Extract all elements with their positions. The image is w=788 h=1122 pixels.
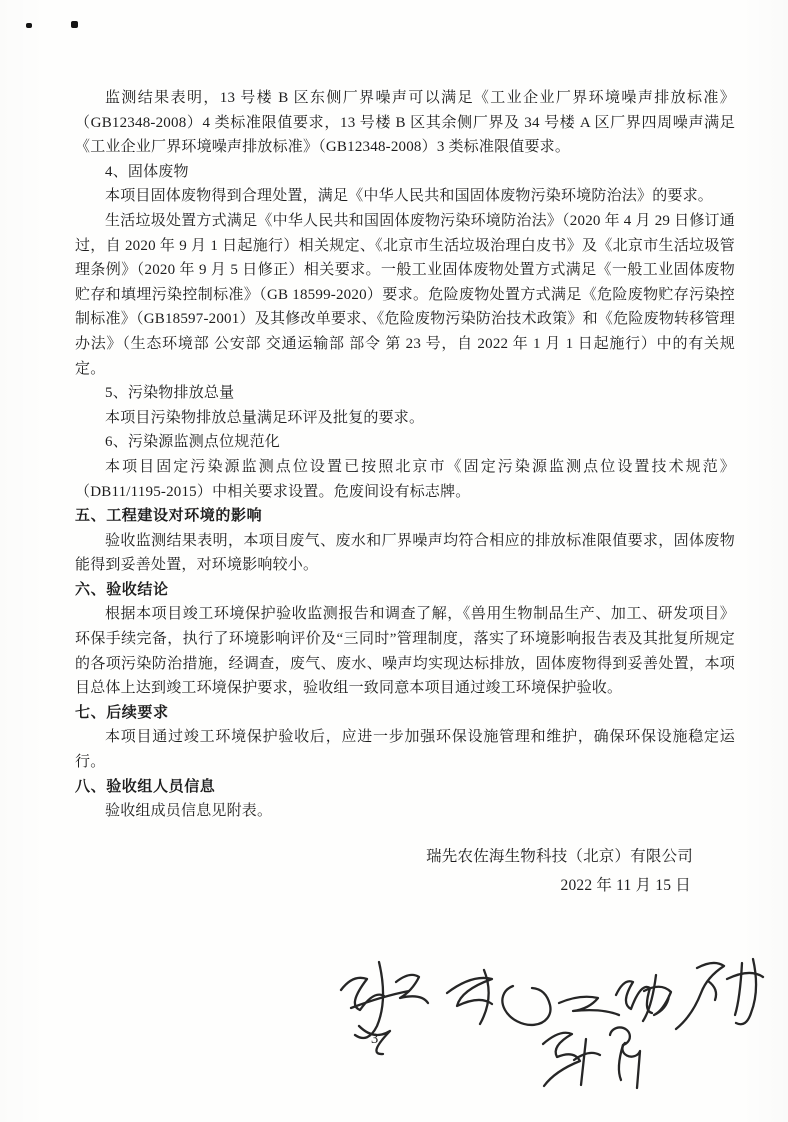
section-heading-environment-impact: 五、工程建设对环境的影响 xyxy=(75,504,735,529)
handwritten-signatures xyxy=(323,946,773,1096)
paragraph-solid-waste-summary: 本项目固体废物得到合理处置，满足《中华人民共和国固体废物污染环境防治法》的要求。 xyxy=(75,184,735,209)
paragraph-monitoring-points: 本项目固定污染源监测点位设置已按照北京市《固定污染源监测点位设置技术规范》（DB… xyxy=(75,455,735,504)
handwritten-signature-4 xyxy=(676,959,763,1029)
scanned-document-page: 监测结果表明，13 号楼 B 区东侧厂界噪声可以满足《工业企业厂界环境噪声排放标… xyxy=(0,0,788,1122)
section-heading-acceptance-conclusion: 六、验收结论 xyxy=(75,578,735,603)
section-heading-followup-requirements: 七、后续要求 xyxy=(75,701,735,726)
paragraph-pollutant-total: 本项目污染物排放总量满足环评及批复的要求。 xyxy=(75,406,735,431)
scan-artifact-dot xyxy=(71,21,78,28)
handwritten-signature-2 xyxy=(447,970,619,1025)
scan-artifact-dot xyxy=(26,23,32,28)
paragraph-waste-regulations: 生活垃圾处置方式满足《中华人民共和国固体废物污染环境防治法》（2020 年 4 … xyxy=(75,209,735,381)
sub-heading-monitoring-points: 6、污染源监测点位规范化 xyxy=(75,430,735,455)
page-number: 3 xyxy=(371,1031,378,1048)
signoff-date: 2022 年 11 月 15 日 xyxy=(75,871,693,900)
handwritten-signature-5 xyxy=(543,1027,640,1088)
signoff-company-name: 瑞先农佐海生物科技（北京）有限公司 xyxy=(75,842,693,871)
sub-heading-pollutant-total: 5、污染物排放总量 xyxy=(75,381,735,406)
paragraph-noise-result: 监测结果表明，13 号楼 B 区东侧厂界噪声可以满足《工业企业厂界环境噪声排放标… xyxy=(75,86,735,160)
paragraph-acceptance-conclusion: 根据本项目竣工环境保护验收监测报告和调查了解，《兽用生物制品生产、加工、研发项目… xyxy=(75,602,735,700)
paragraph-acceptance-team: 验收组成员信息见附表。 xyxy=(75,799,735,824)
signoff-block: 瑞先农佐海生物科技（北京）有限公司 2022 年 11 月 15 日 xyxy=(75,842,735,900)
paragraph-environment-impact: 验收监测结果表明，本项目废气、废水和厂界噪声均符合相应的排放标准限值要求，固体废… xyxy=(75,529,735,578)
section-heading-acceptance-team: 八、验收组人员信息 xyxy=(75,775,735,800)
handwritten-signature-1 xyxy=(341,962,428,1054)
handwritten-signature-3 xyxy=(616,975,671,1021)
paragraph-followup-requirements: 本项目通过竣工环境保护验收后，应进一步加强环保设施管理和维护，确保环保设施稳定运… xyxy=(75,725,735,774)
document-body: 监测结果表明，13 号楼 B 区东侧厂界噪声可以满足《工业企业厂界环境噪声排放标… xyxy=(75,86,735,900)
sub-heading-solid-waste: 4、固体废物 xyxy=(75,160,735,185)
